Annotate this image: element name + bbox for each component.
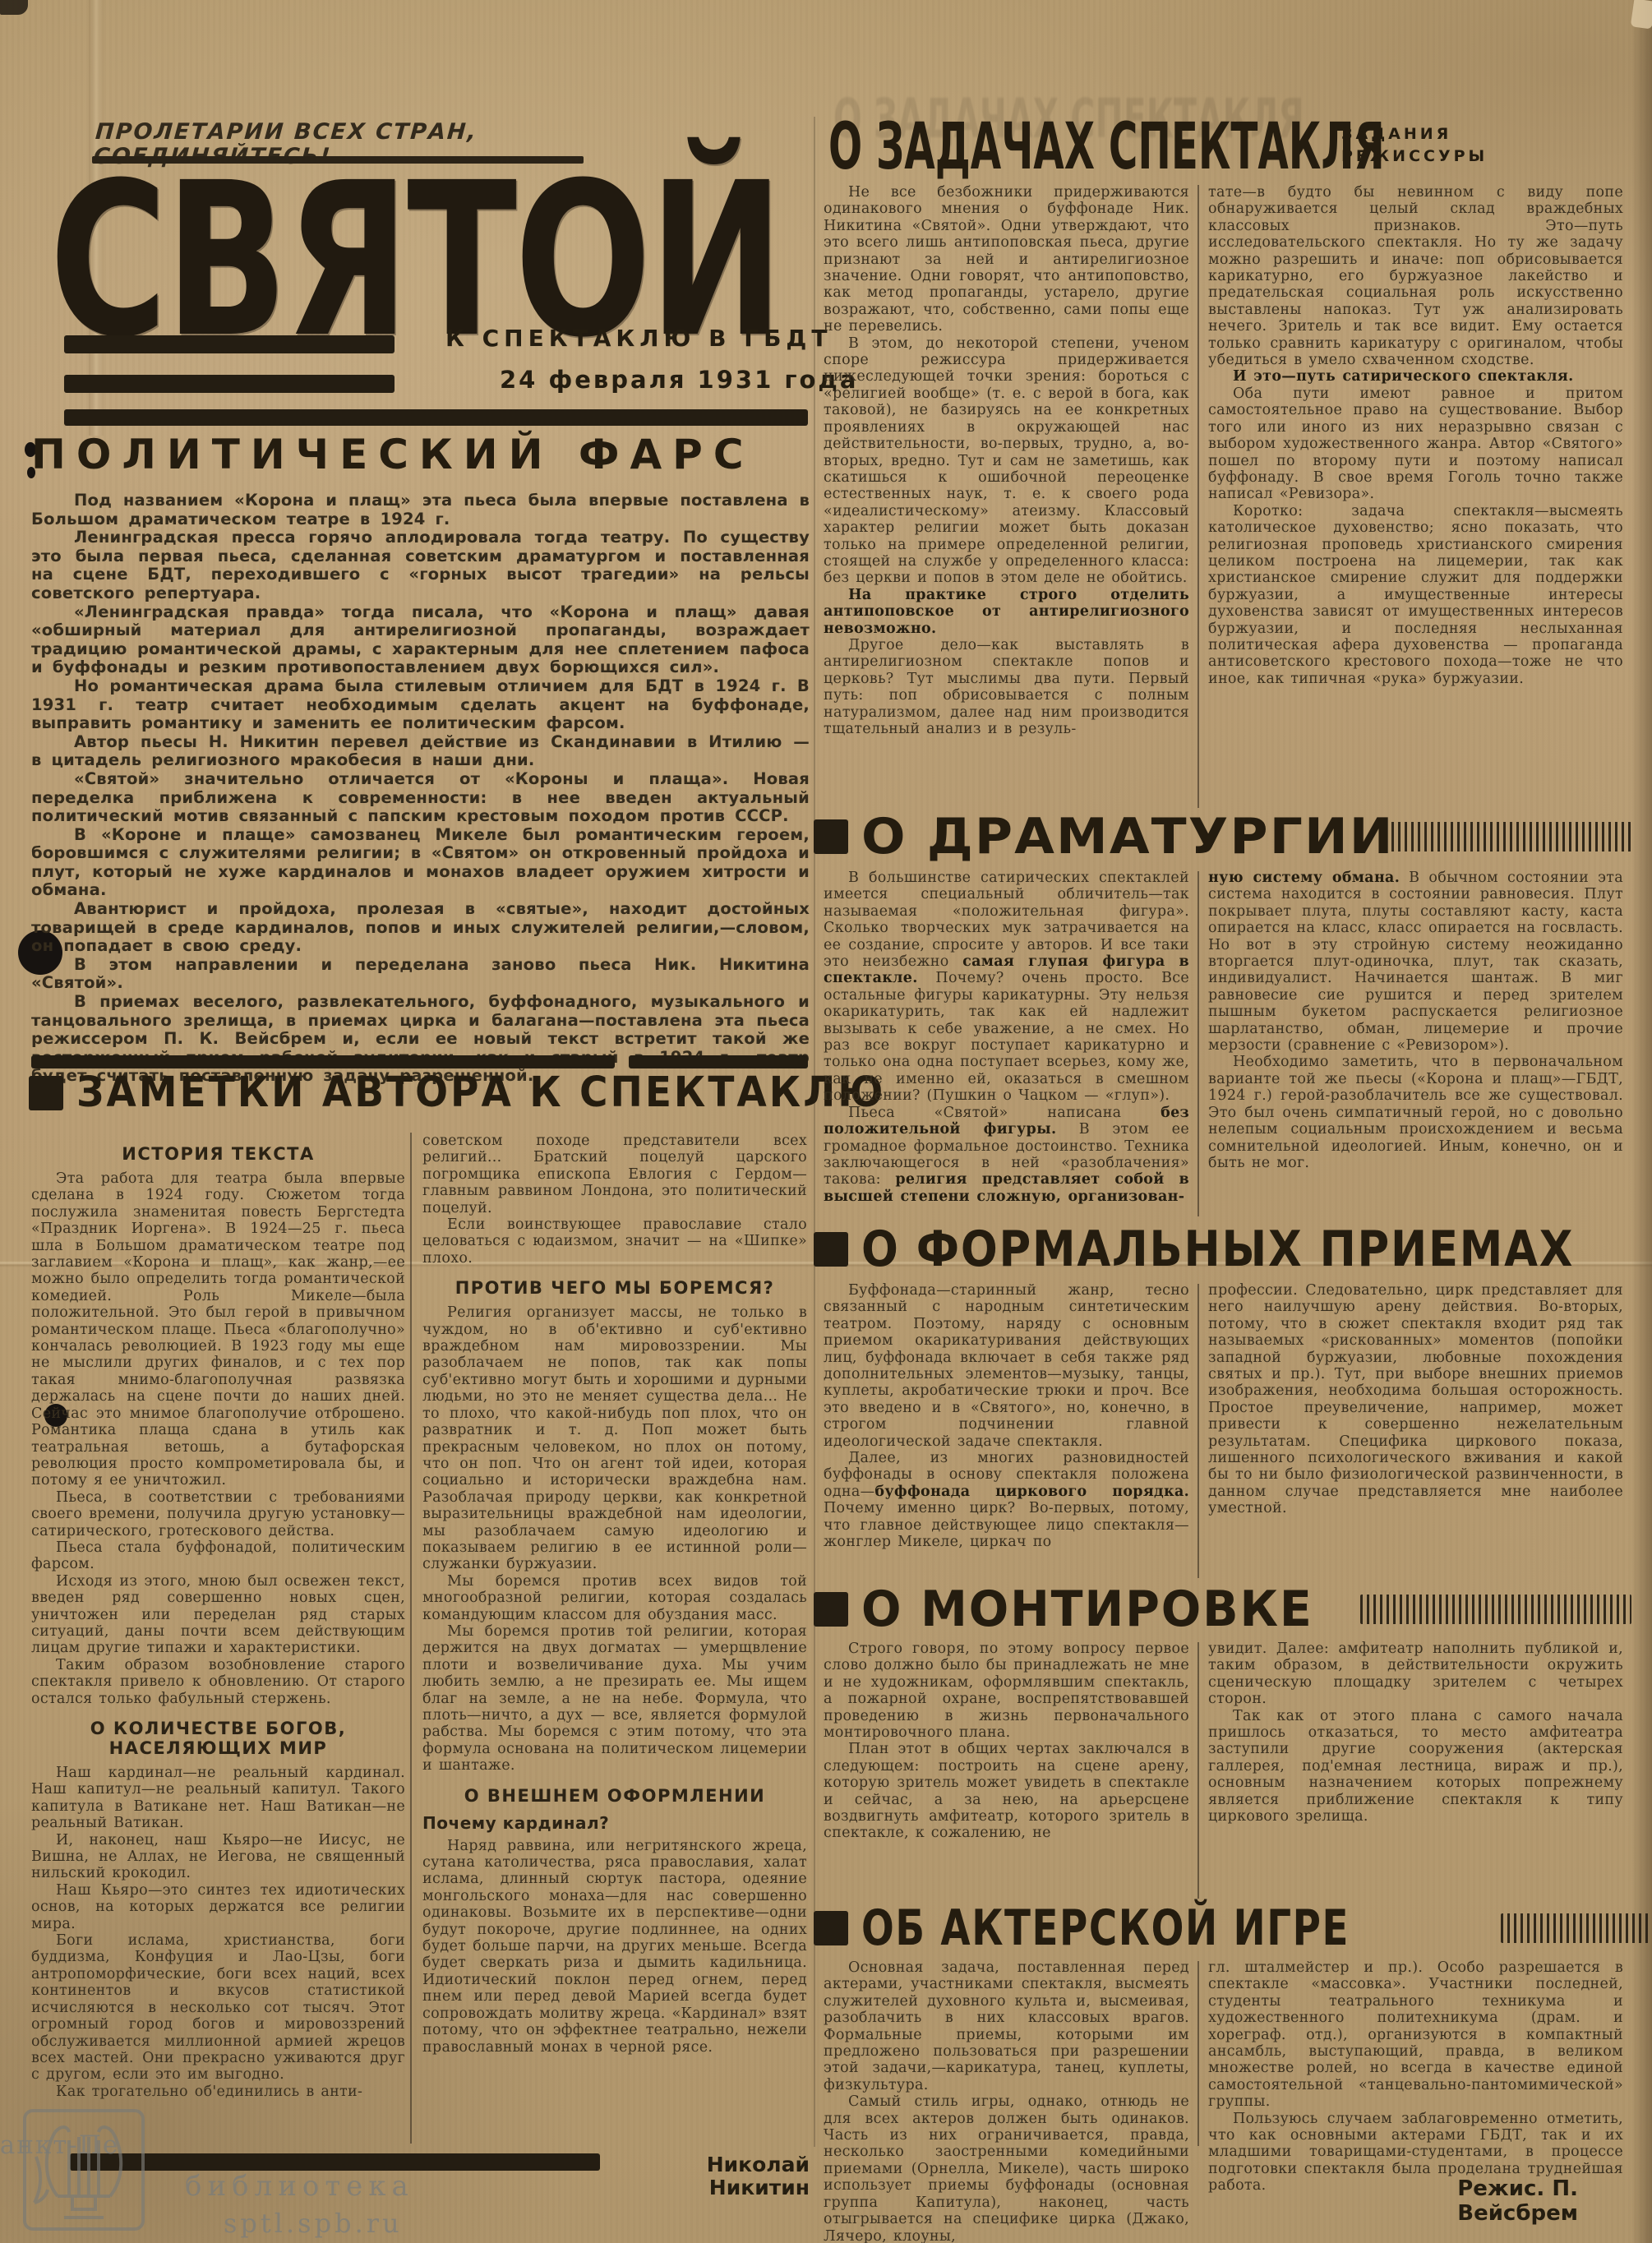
- paragraph: Если воинствующее православие стало цело…: [422, 1216, 807, 1267]
- headline-text: ЗАМЕТКИ АВТОРА К СПЕКТАКЛЮ: [76, 1072, 885, 1114]
- acting-column-b: гл. шталмейстер и пр.). Особо разрешаетс…: [1208, 1959, 1623, 2195]
- headline-tasks: О ЗАДАЧАХ СПЕКТАКЛЯ: [828, 115, 1385, 179]
- paragraph: Но романтическая драма была стилевым отл…: [31, 677, 810, 733]
- hatch-ornament: [1385, 822, 1631, 852]
- dramaturgy-column-b: ную систему обмана. В обычном состоянии …: [1208, 870, 1623, 1171]
- column-divider: [1197, 1284, 1199, 1578]
- paragraph: Боги ислама, христианства, боги буддизма…: [31, 1932, 405, 2084]
- kicker-line: ЗАДАНИЯ: [1341, 123, 1488, 145]
- page-half-divider: [814, 117, 815, 2147]
- mounting-column-b: увидит. Далее: амфитеатр наполнить публи…: [1208, 1641, 1623, 1825]
- paper-tear: [1631, 0, 1652, 30]
- paragraph: Религия организует массы, не только в чу…: [422, 1304, 807, 1573]
- article-political-farce: Под названием «Корона и плащ» эта пьеса …: [31, 492, 810, 1086]
- column-subheading: О КОЛИЧЕСТВЕ БОГОВ, НАСЕЛЯЮЩИХ МИР: [31, 1719, 405, 1758]
- emphasis-paragraph: На практике строго отделить антипоповско…: [824, 587, 1189, 637]
- column-divider: [1197, 871, 1199, 1216]
- headline-text: О ДРАМАТУРГИИ: [861, 812, 1395, 861]
- paragraph: Основная задача, поставленная перед акте…: [824, 1959, 1189, 2093]
- masthead-rule: [64, 409, 808, 426]
- paragraph: Самый стиль игры, однако, отнюдь не для …: [824, 2093, 1189, 2243]
- paragraph: Авантюрист и пройдоха, пролезая в «святы…: [31, 900, 810, 956]
- paragraph: гл. шталмейстер и пр.). Особо разрешаетс…: [1208, 1959, 1623, 2111]
- section-rule: [629, 1055, 808, 1068]
- square-bullet-icon: [814, 1592, 848, 1627]
- square-bullet-icon: [29, 1076, 63, 1110]
- formal-column-a: Буффонада—старинный жанр, тесно связанны…: [824, 1282, 1189, 1551]
- paragraph: План этот в общих чертах заключался в сл…: [824, 1741, 1189, 1841]
- headline-kicker: ЗАДАНИЯ РЕЖИССУРЫ: [1341, 123, 1488, 168]
- column-subheading: ПРОТИВ ЧЕГО МЫ БОРЕМСЯ?: [422, 1278, 807, 1298]
- emphasis-paragraph: И это—путь сатирического спектакля.: [1208, 368, 1623, 385]
- tasks-column-a: Не все безбожники придерживаются одинако…: [824, 184, 1189, 737]
- paragraph: Другое дело—как выставлять в антирелигио…: [824, 637, 1189, 737]
- column-divider: [1197, 1961, 1199, 2146]
- headline-text: О МОНТИРОВКЕ: [861, 1585, 1313, 1634]
- paragraph: «Святой» значительно отличается от «Коро…: [31, 770, 810, 826]
- paragraph: Наш Кьяро—это синтез тех идиотических ос…: [31, 1882, 405, 1932]
- headline-political-farce: ПОЛИТИЧЕСКИЙ ФАРС: [31, 434, 754, 475]
- paragraph: Таким образом возобновление старого спек…: [31, 1657, 405, 1707]
- headline-acting: ОБ АКТЕРСКОЙ ИГРЕ: [814, 1904, 1631, 1953]
- headline-dramaturgy: О ДРАМАТУРГИИ: [814, 812, 1631, 861]
- headline-text: О ФОРМАЛЬНЫХ ПРИЕМАХ: [861, 1225, 1574, 1274]
- paragraph: Коротко: задача спектакля—высмеять катол…: [1208, 503, 1623, 687]
- paragraph: Не все безбожники придерживаются одинако…: [824, 184, 1189, 335]
- lyre-emblem-icon: [18, 2104, 150, 2239]
- hatch-ornament: [1360, 1595, 1631, 1624]
- column-divider: [1197, 185, 1199, 808]
- paragraph: В этом, до некоторой степени, ученом спо…: [824, 335, 1189, 587]
- paragraph: Ленинградская пресса горячо аплодировала…: [31, 528, 810, 602]
- headline-text: ОБ АКТЕРСКОЙ ИГРЕ: [861, 1904, 1350, 1953]
- headline-authors-notes: ЗАМЕТКИ АВТОРА К СПЕКТАКЛЮ: [29, 1073, 810, 1112]
- acting-column-a: Основная задача, поставленная перед акте…: [824, 1959, 1189, 2243]
- paragraph: советском походе представители всех рели…: [422, 1133, 807, 1216]
- section-rule: [31, 1055, 615, 1068]
- paragraph: Автор пьесы Н. Никитин перевел действие …: [31, 733, 810, 770]
- paragraph: профессии. Следовательно, цирк представл…: [1208, 1282, 1623, 1517]
- paragraph: В «Короне и плаще» самозванец Микеле был…: [31, 826, 810, 900]
- masthead-bar: [64, 375, 395, 393]
- paragraph: тате—в будто бы невинном с виду попе обн…: [1208, 184, 1623, 368]
- masthead-subtitle: К СПЕКТАКЛЮ В ГБДТ: [445, 327, 832, 350]
- notes-column-right: советском походе представители всех рели…: [422, 1133, 807, 2056]
- paragraph: Пьеса «Святой» написана без положительно…: [824, 1105, 1189, 1205]
- paragraph: Под названием «Корона и плащ» эта пьеса …: [31, 492, 810, 528]
- notes-column-left: ИСТОРИЯ ТЕКСТАЭта работа для театра была…: [31, 1133, 405, 2100]
- paragraph: Как трогательно об'единились в анти-: [31, 2084, 405, 2100]
- column-subheading: Почему кардинал?: [422, 1814, 807, 1833]
- paragraph: Наш кардинал—не реальный кардинал. Наш к…: [31, 1765, 405, 1832]
- watermark-url-text: sptl.spb.ru: [224, 2208, 403, 2239]
- hatch-ornament: [1501, 1913, 1652, 1943]
- column-divider: [410, 1133, 412, 2144]
- paragraph: И, наконец, наш Кьяро—не Иисус, не Вишна…: [31, 1832, 405, 1882]
- paragraph: Пьеса, в соответствии с требованиями сво…: [31, 1489, 405, 1539]
- newspaper-page: ПРОЛЕТАРИИ ВСЕХ СТРАН, СОЕДИНЯЙТЕСЬ! СВЯ…: [0, 0, 1652, 2243]
- paragraph: Мы боремся против той религии, которая д…: [422, 1623, 807, 1775]
- dramaturgy-column-a: В большинстве сатирических спектаклей им…: [824, 870, 1189, 1205]
- headline-mounting: О МОНТИРОВКЕ: [814, 1585, 1631, 1634]
- author-signature: Николай Никитин: [604, 2153, 810, 2199]
- paragraph: В большинстве сатирических спектаклей им…: [824, 870, 1189, 1105]
- headline-formal-devices: О ФОРМАЛЬНЫХ ПРИЕМАХ: [814, 1225, 1631, 1274]
- formal-column-b: профессии. Следовательно, цирк представл…: [1208, 1282, 1623, 1517]
- paragraph: Оба пути имеют равное и притом самостоят…: [1208, 385, 1623, 503]
- paragraph: увидит. Далее: амфитеатр наполнить публи…: [1208, 1641, 1623, 1708]
- right-edge-shadow: [1631, 0, 1652, 2243]
- paragraph: Мы боремся против всех видов той многооб…: [422, 1573, 807, 1623]
- director-signature: Режис. П. Вейсбрем: [1348, 2176, 1578, 2226]
- paragraph: Буффонада—старинный жанр, тесно связанны…: [824, 1282, 1189, 1450]
- masthead-date: 24 февраля 1931 года: [500, 368, 858, 392]
- paragraph: Эта работа для театра была впервые сдела…: [31, 1170, 405, 1489]
- column-subheading: О ВНЕШНЕМ ОФОРМЛЕНИИ: [422, 1786, 807, 1806]
- paragraph: «Ленинградская правда» тогда писала, что…: [31, 603, 810, 677]
- corner-ink-smudge: [0, 0, 28, 15]
- square-bullet-icon: [814, 1911, 848, 1945]
- watermark-library-text: библиотека: [185, 2170, 414, 2203]
- square-bullet-icon: [814, 1232, 848, 1267]
- kicker-line: РЕЖИССУРЫ: [1341, 145, 1488, 168]
- column-divider: [1197, 1642, 1199, 1899]
- paragraph: ную систему обмана. В обычном состоянии …: [1208, 870, 1623, 1054]
- square-bullet-icon: [814, 819, 848, 854]
- paragraph: Далее, из многих разновидностей буффонад…: [824, 1450, 1189, 1550]
- paragraph: Строго говоря, по этому вопросу первое с…: [824, 1641, 1189, 1741]
- column-subheading: ИСТОРИЯ ТЕКСТА: [31, 1144, 405, 1164]
- mounting-column-a: Строго говоря, по этому вопросу первое с…: [824, 1641, 1189, 1842]
- paragraph: Так как от этого плана с самого начала п…: [1208, 1708, 1623, 1825]
- paragraph: Необходимо заметить, что в первоначально…: [1208, 1054, 1623, 1171]
- paragraph: В этом направлении и переделана заново п…: [31, 956, 810, 993]
- tasks-column-b: тате—в будто бы невинном с виду попе обн…: [1208, 184, 1623, 687]
- masthead-bar: [64, 335, 395, 353]
- paragraph: Наряд раввина, или негритянского жреца, …: [422, 1838, 807, 2056]
- paragraph: Исходя из этого, мною был освежен текст,…: [31, 1573, 405, 1657]
- paragraph: Пьеса стала буффонадой, политическим фар…: [31, 1539, 405, 1573]
